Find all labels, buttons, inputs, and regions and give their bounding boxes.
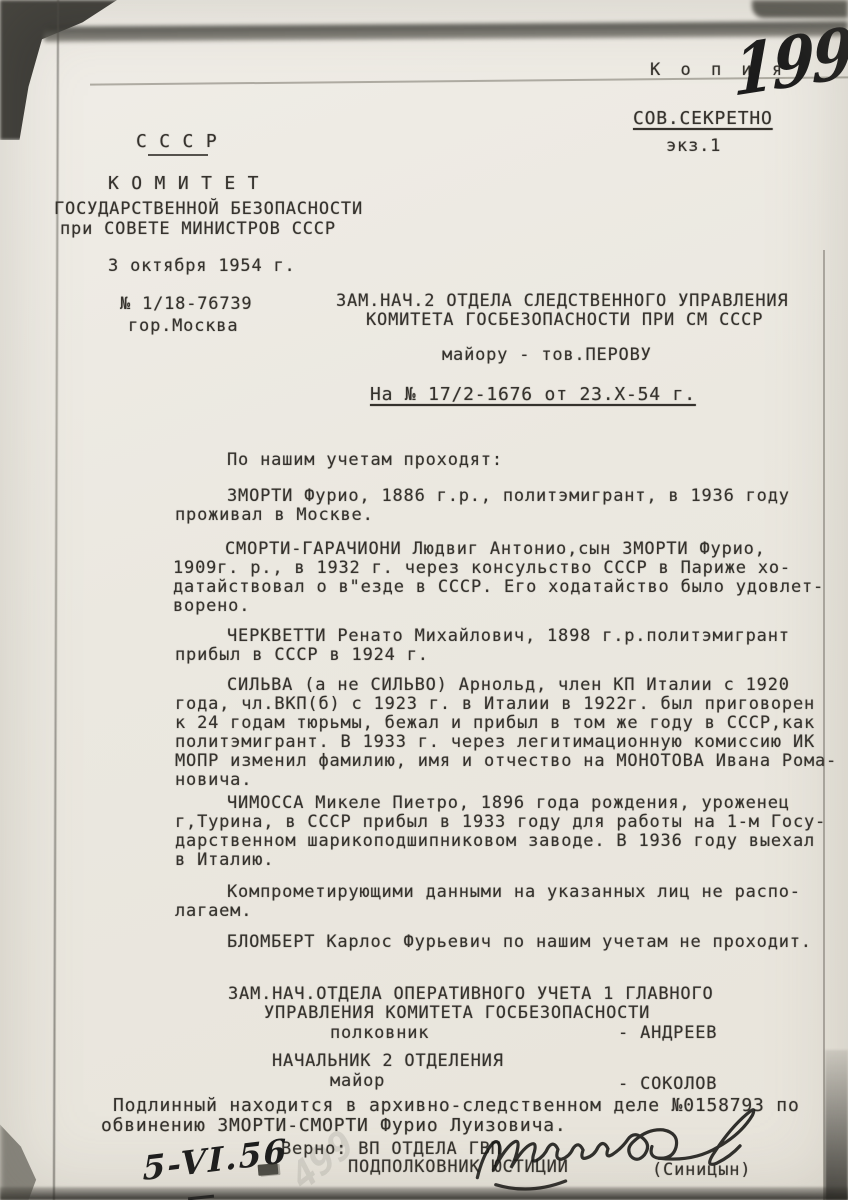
body-paragraph-blombert: БЛОМБЕРТ Карлос Фурьевич по нашим учетам… [175, 933, 812, 952]
body-paragraph-chimossa: ЧИМОССА Микеле Пиетро, 1896 года рождени… [175, 794, 826, 870]
scan-shadow-bottom [0, 1187, 848, 1200]
signatory1-name: - АНДРЕЕВ [618, 1023, 717, 1043]
signatory2-rank: майор [330, 1071, 385, 1091]
handwritten-date-note: 5-VI.56 [142, 1131, 288, 1188]
signatory2-title: НАЧАЛЬНИК 2 ОТДЕЛЕНИЯ [272, 1051, 504, 1071]
handwritten-signature [466, 1096, 780, 1200]
signatory1-rank: полковник [330, 1023, 429, 1043]
handwritten-stamp-mark [258, 1163, 279, 1176]
signatory1-title-line1: ЗАМ.НАЧ.ОТДЕЛА ОПЕРАТИВНОГО УЧЕТА 1 ГЛАВ… [228, 984, 714, 1004]
body-paragraph-zmorti: ЗМОРТИ Фурио, 1886 г.р., политэмигрант, … [175, 487, 790, 525]
scan-shadow-bottom-right [825, 1050, 848, 1200]
addressee-line1: ЗАМ.НАЧ.2 ОТДЕЛА СЛЕДСТВЕННОГО УПРАВЛЕНИ… [336, 291, 788, 311]
body-paragraph-intro: По нашим учетам проходят: [175, 451, 503, 470]
letterhead-country: С С С Р [136, 131, 217, 152]
body-paragraph-cherkvetti: ЧЕРКВЕТТИ Ренато Михайлович, 1898 г.р.по… [175, 627, 790, 665]
signatory2-name: - СОКОЛОВ [618, 1074, 717, 1094]
body-paragraph-smorti: СМОРТИ-ГАРАЧИОНИ Людвиг Антонио,сын ЗМОР… [173, 540, 824, 616]
letterhead-org-line1: ГОСУДАРСТВЕННОЙ БЕЗОПАСНОСТИ [54, 199, 363, 219]
letterhead-committee: К О М И Т Е Т [108, 173, 259, 194]
reference-line: На № 17/2-1676 от 23.Х-54 г. [370, 384, 696, 405]
letterhead-date: 3 октября 1954 г. [108, 256, 296, 276]
scanned-document-page: К о п и я 199 СОВ.СЕКРЕТНО экз.1 С С С Р… [0, 0, 848, 1200]
scan-fold-line-left [53, 0, 59, 1200]
addressee-line3: майору - тов.ПЕРОВУ [442, 345, 652, 365]
body-paragraph-silva: СИЛЬВА (а не СИЛЬВО) Арнольд, член КП Ит… [175, 676, 837, 790]
scan-corner-top-left [0, 0, 150, 140]
letterhead-org-line2: при СОВЕТЕ МИНИСТРОВ СССР [60, 219, 336, 239]
body-paragraph-no-compromising: Компрометирующими данными на указанных л… [175, 883, 801, 921]
scan-torn-edge-top [44, 21, 848, 42]
letterhead-ref-number: № 1/18-76739 [120, 294, 252, 314]
addressee-line2: КОМИТЕТА ГОСБЕЗОПАСНОСТИ ПРИ СМ СССР [366, 310, 763, 330]
handwritten-page-number: 199 [733, 13, 848, 113]
copy-instance: экз.1 [666, 136, 721, 156]
letterhead-country-underline [148, 154, 208, 156]
signatory1-title-line2: УПРАВЛЕНИЯ КОМИТЕТА ГОСБЕЗОПАСНОСТИ [264, 1003, 650, 1023]
secrecy-stamp: СОВ.СЕКРЕТНО [633, 108, 773, 129]
letterhead-city: гор.Москва [128, 316, 238, 336]
